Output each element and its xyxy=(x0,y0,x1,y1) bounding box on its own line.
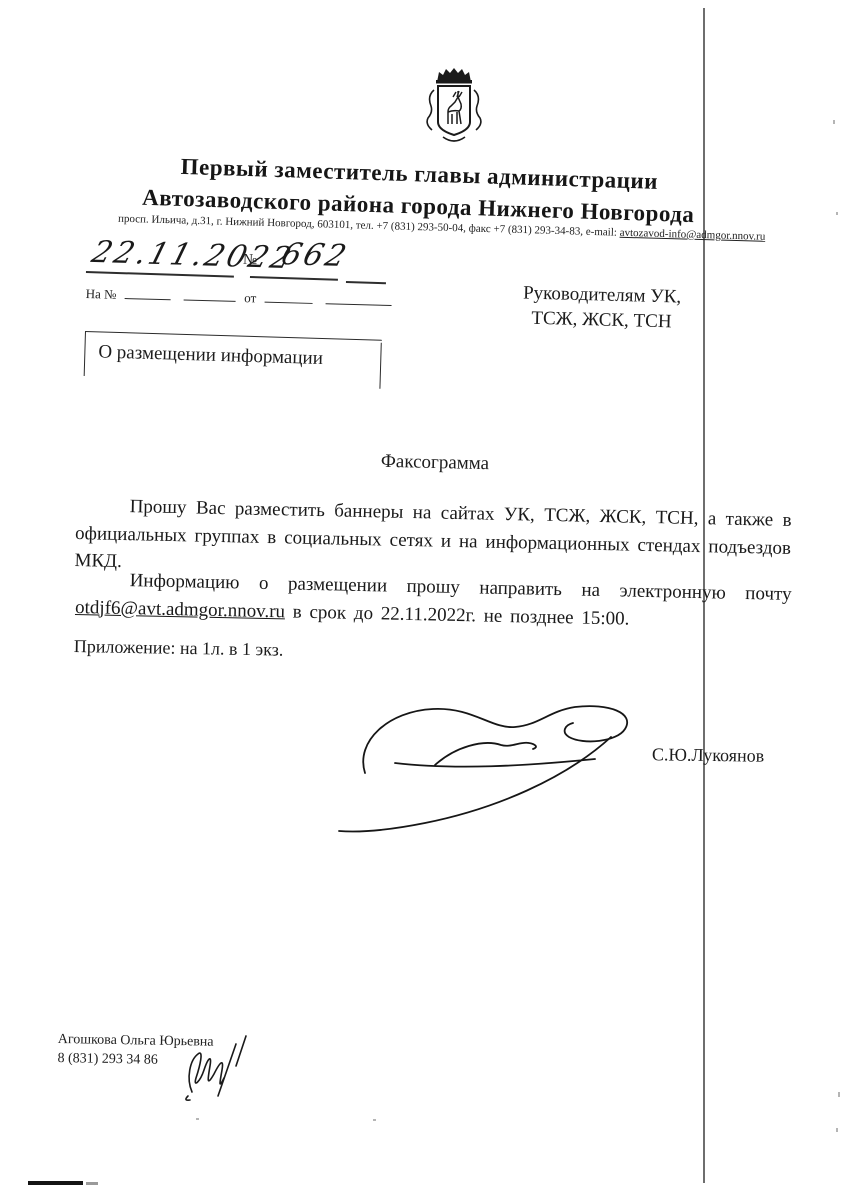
fill-in-line xyxy=(125,285,171,300)
scan-mark xyxy=(86,1182,98,1185)
fill-in-line xyxy=(184,287,236,302)
ref-date-handwritten: 22.11.2022 xyxy=(88,235,298,276)
reply-reference-row: На № от xyxy=(86,284,397,310)
reply-to-label: На № xyxy=(86,286,117,302)
executor-signature-image xyxy=(178,1028,273,1106)
body-paragraph-2-tail: в срок до 22.11.2022г. не позднее 15:00. xyxy=(285,601,630,629)
coat-of-arms-icon xyxy=(415,66,493,150)
reply-from-label: от xyxy=(244,290,256,305)
scan-speck xyxy=(838,1092,840,1097)
subject-box: О размещении информации xyxy=(84,331,382,390)
fill-in-line xyxy=(346,281,386,284)
subject-box-border xyxy=(84,332,86,376)
scan-speck xyxy=(836,212,838,215)
email-link-text: otdjf6@avt.admgor.nnov.ru xyxy=(75,596,285,621)
addressee-block: Руководителям УК, ТСЖ, ЖСК, ТСН xyxy=(504,280,700,335)
scan-mark xyxy=(28,1181,83,1185)
scan-speck xyxy=(373,1119,376,1121)
signer-name: С.Ю.Лукоянов xyxy=(652,744,764,767)
signature-image xyxy=(325,685,645,845)
scan-speck xyxy=(836,1128,838,1132)
subject-box-border xyxy=(85,331,382,341)
attachment-note: Приложение: на 1л. в 1 экз. xyxy=(74,636,284,661)
fill-in-line xyxy=(326,290,392,306)
fill-in-line xyxy=(264,289,312,304)
doc-type-title: Факсограмма xyxy=(355,450,515,476)
subject-box-border xyxy=(379,343,381,389)
scan-speck xyxy=(196,1118,199,1120)
scanned-letter-page: Первый заместитель главы администрации А… xyxy=(0,0,850,1200)
scan-speck xyxy=(833,120,835,124)
subject-text: О размещении информации xyxy=(98,341,323,370)
addressee-line2: ТСЖ, ЖСК, ТСН xyxy=(504,305,700,335)
ref-number-sign: № xyxy=(243,252,258,269)
ref-number-handwritten: 662 xyxy=(277,237,353,274)
fill-in-line xyxy=(250,276,338,281)
